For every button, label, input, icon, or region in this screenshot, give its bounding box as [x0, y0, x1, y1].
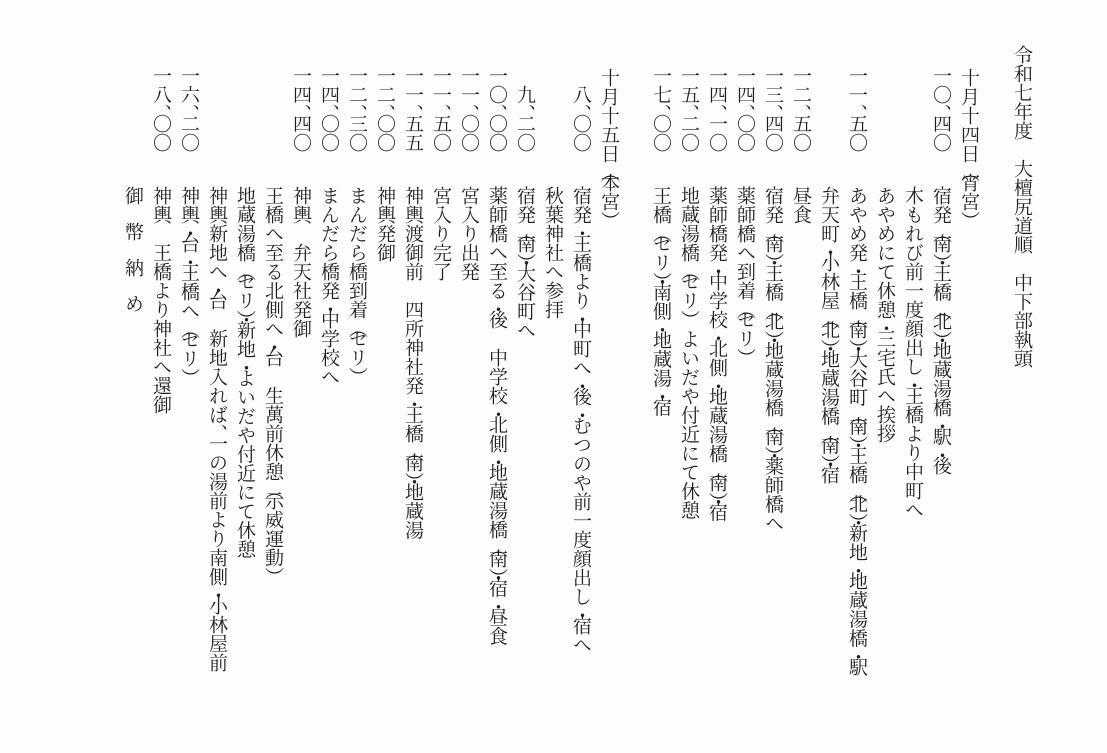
schedule-entry: 一〇、〇〇 薬師橋へ至る・後 中学校・北側・地蔵湯橋（南）・宿・昼食: [483, 0, 511, 753]
entry-description: 薬師橋へ到着（セリ）: [731, 186, 759, 358]
schedule-entry: 秋葉神社へ参拝: [539, 0, 567, 753]
entry-description: 地蔵湯橋（セリ）・新地・よいだや付近にて休憩: [231, 186, 259, 559]
entry-description: 神輿 王橋より神社へ還御: [147, 186, 175, 414]
entry-time: 一〇、四〇: [927, 62, 955, 186]
entry-time: 八、〇〇: [567, 62, 595, 186]
schedule-entry: 九、二〇 宿発（南）・大谷町へ: [511, 0, 539, 753]
entry-description: 神輿・台・王橋へ（セリ）: [175, 186, 203, 378]
entry-description: あやめにて休憩・三宅氏へ挨拶: [871, 186, 899, 443]
schedule-entry: 一二、〇〇 神輿発御: [371, 0, 399, 753]
schedule-entry: 一四、〇〇 まんだら橋発・中学校へ: [315, 0, 343, 753]
entry-description: あやめ発・王橋（南）・大谷町（南）・王橋（北）・新地・地蔵湯橋・駅: [843, 186, 871, 677]
entry-time: 一七、〇〇: [647, 62, 675, 186]
entry-time: 一二、〇〇: [371, 62, 399, 186]
entry-description: 弁天町・小林屋（北）・地蔵湯橋（南）・宿: [815, 186, 843, 484]
entry-description: 宿発（南）・大谷町へ: [511, 186, 539, 340]
entry-time: 一一、〇〇: [455, 62, 483, 186]
entry-description: 昼食: [787, 186, 815, 224]
date-header: 十月十五日（本宮）: [595, 68, 623, 221]
entry-time: 九、二〇: [511, 62, 539, 186]
schedule-entry: 一五、二〇 地蔵湯橋（セリ） よいだや付近にて休憩: [675, 0, 703, 753]
schedule-entry: 一一、五五 神輿渡御前 四所神社発・王橋（南）・地蔵湯: [399, 0, 427, 753]
entry-time: 一一、五〇: [427, 62, 455, 186]
schedule-entry: 一六、二〇 神輿・台・王橋へ（セリ）: [175, 0, 203, 753]
entry-description: まんだら橋発・中学校へ: [315, 186, 343, 386]
entry-description: 王橋へ至る北側へ・台 生萬前休憩（示威運動）: [259, 186, 287, 577]
entry-time: 一四、〇〇: [731, 62, 759, 186]
date-header: 十月十四日（宵宮）: [955, 68, 983, 221]
entry-time: 一五、二〇: [675, 62, 703, 186]
schedule-section: 十月十五日（本宮） 八、〇〇 宿発・王橋より・中町へ・後・むつのや前一度顔出し・…: [119, 0, 623, 753]
entry-description: 宮入り出発: [455, 186, 483, 281]
schedule-document: 令和七年度 大檀尻道順 中下部執頭 十月十四日（宵宮） 一〇、四〇 宿発（南）・…: [0, 0, 1107, 753]
entry-description: 神輿新地へ・台 新地入れば、一の湯前より南側・小林屋前: [203, 186, 231, 672]
entry-description: 神輿発御: [371, 186, 399, 262]
entry-description: 宿発・王橋より・中町へ・後・むつのや前一度顔出し・宿へ: [567, 186, 595, 654]
entry-time: 一四、一〇: [703, 62, 731, 186]
schedule-entry: 御幣納め: [119, 0, 147, 753]
schedule-entry: 神輿新地へ・台 新地入れば、一の湯前より南側・小林屋前: [203, 0, 231, 753]
entry-description: 神輿 弁天社発御: [287, 186, 315, 338]
schedule-entry: 一四、〇〇 薬師橋へ到着（セリ）: [731, 0, 759, 753]
schedule-entry: 一〇、四〇 宿発（南）・王橋（北）・地蔵湯橋・駅・後: [927, 0, 955, 753]
entry-description: 秋葉神社へ参拝: [539, 186, 567, 319]
entry-description: 宿発（南）・王橋（北）・地蔵湯橋（南）・薬師橋へ: [759, 186, 787, 533]
entry-description: 王橋（セリ）・南側・地蔵湯・宿: [647, 186, 675, 417]
entry-description: 地蔵湯橋（セリ） よいだや付近にて休憩: [675, 186, 703, 520]
entry-time: 一六、二〇: [175, 62, 203, 186]
entry-description: 薬師橋発・中学校・北側・地蔵湯橋（南）・宿: [703, 186, 731, 522]
schedule-entry: 一七、〇〇 王橋（セリ）・南側・地蔵湯・宿: [647, 0, 675, 753]
entry-description: まんだら橋到着（セリ）: [343, 186, 371, 377]
entry-description: 神輿渡御前 四所神社発・王橋（南）・地蔵湯: [399, 186, 427, 540]
schedule-entry: 一一、〇〇 宮入り出発: [455, 0, 483, 753]
date-header-column: 十月十五日（本宮）: [595, 0, 623, 753]
date-header-column: 十月十四日（宵宮）: [955, 0, 983, 753]
schedule-entry: 八、〇〇 宿発・王橋より・中町へ・後・むつのや前一度顔出し・宿へ: [567, 0, 595, 753]
schedule-entry: 弁天町・小林屋（北）・地蔵湯橋（南）・宿: [815, 0, 843, 753]
entry-time: 一八、〇〇: [147, 62, 175, 186]
entry-time: 一〇、〇〇: [483, 62, 511, 186]
entry-time: 一二、三〇: [343, 62, 371, 186]
schedule-entry: あやめにて休憩・三宅氏へ挨拶: [871, 0, 899, 753]
schedule-entry: 一八、〇〇 神輿 王橋より神社へ還御: [147, 0, 175, 753]
schedule-entry: 一二、五〇 昼食: [787, 0, 815, 753]
entry-time: 一二、五〇: [787, 62, 815, 186]
entry-time: 一四、〇〇: [315, 62, 343, 186]
schedule-entry: 一四、四〇 神輿 弁天社発御: [287, 0, 315, 753]
schedule-entry: 王橋へ至る北側へ・台 生萬前休憩（示威運動）: [259, 0, 287, 753]
entry-time: 一一、五〇: [843, 62, 871, 186]
schedule-entry: 一二、三〇 まんだら橋到着（セリ）: [343, 0, 371, 753]
page-title: 令和七年度 大檀尻道順 中下部執頭: [1011, 45, 1033, 368]
schedule-entry: 一三、四〇 宿発（南）・王橋（北）・地蔵湯橋（南）・薬師橋へ: [759, 0, 787, 753]
entry-time: 一四、四〇: [287, 62, 315, 186]
schedule-section: 十月十四日（宵宮） 一〇、四〇 宿発（南）・王橋（北）・地蔵湯橋・駅・後 木もれ…: [647, 0, 983, 753]
schedule-entry: 地蔵湯橋（セリ）・新地・よいだや付近にて休憩: [231, 0, 259, 753]
schedule-entry: 一一、五〇 宮入り完了: [427, 0, 455, 753]
schedule-entry: 一一、五〇 あやめ発・王橋（南）・大谷町（南）・王橋（北）・新地・地蔵湯橋・駅: [843, 0, 871, 753]
schedule-entry: 一四、一〇 薬師橋発・中学校・北側・地蔵湯橋（南）・宿: [703, 0, 731, 753]
schedule-entry: 木もれび前一度顔出し・王橋より中町へ: [899, 0, 927, 753]
entry-description: 薬師橋へ至る・後 中学校・北側・地蔵湯橋（南）・宿・昼食: [483, 186, 511, 646]
entry-time: 一三、四〇: [759, 62, 787, 186]
entry-description: 木もれび前一度顔出し・王橋より中町へ: [899, 186, 927, 519]
document-title-column: 令和七年度 大檀尻道順 中下部執頭: [1007, 0, 1037, 753]
entry-description: 宿発（南）・王橋（北）・地蔵湯橋・駅・後: [927, 186, 955, 475]
entry-time: 一一、五五: [399, 62, 427, 186]
entry-description: 宮入り完了: [427, 186, 455, 281]
entry-description: 御幣納め: [119, 186, 147, 330]
